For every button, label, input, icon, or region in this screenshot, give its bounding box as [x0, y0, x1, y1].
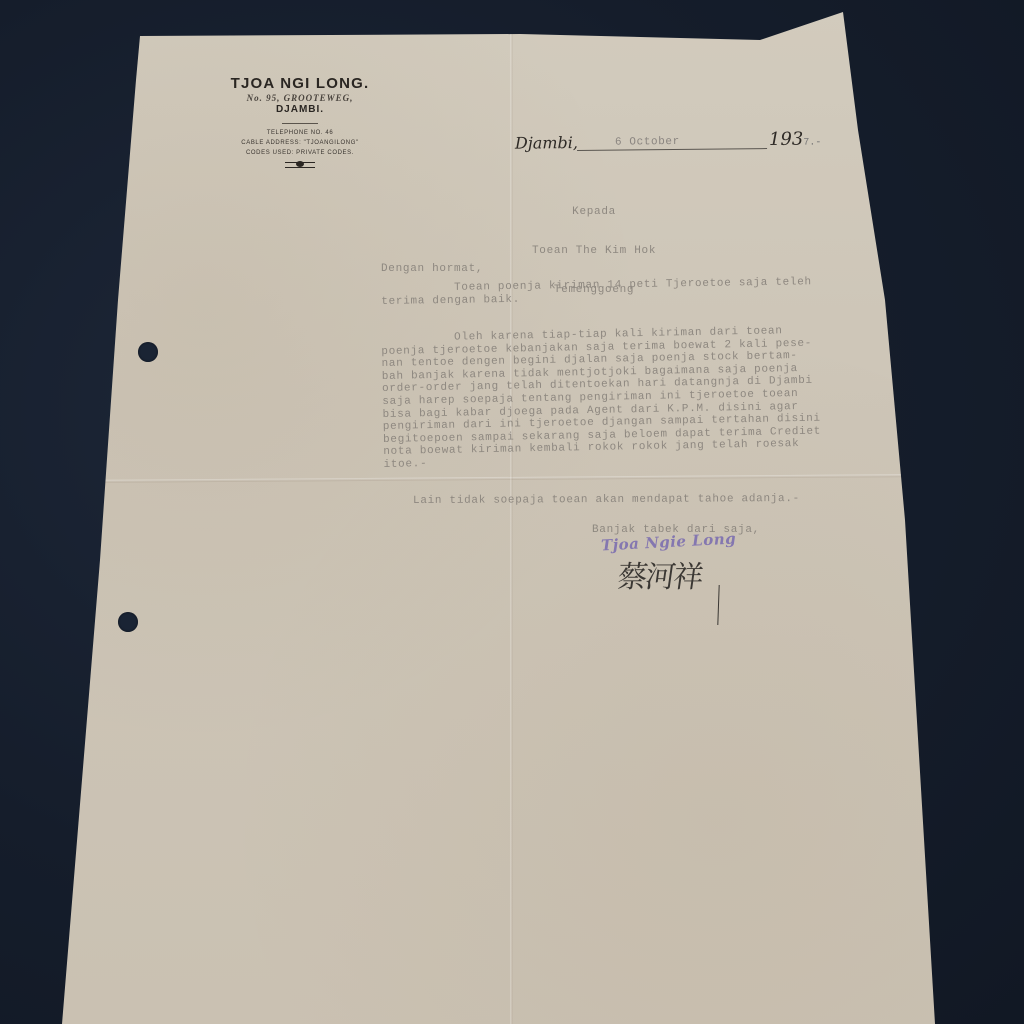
date-underline — [577, 148, 767, 151]
letter-paper — [0, 0, 1024, 1024]
company-name: TJOA NGI LONG. — [200, 75, 400, 92]
body-paragraph-2: Oleh karena tiap-tiap kali kiriman dari … — [381, 325, 822, 472]
date-day-month: 6 October — [615, 136, 680, 149]
closing-line: Lain tidak soepaja toean akan mendapat t… — [413, 493, 800, 507]
date-place: Djambi, — [515, 133, 578, 153]
handwritten-signature: 蔡河祥 — [615, 552, 705, 596]
codes-used-line: Codes Used: Private Codes. — [200, 148, 400, 158]
letterhead: TJOA NGI LONG. No. 95, GROOTEWEG, DJAMBI… — [200, 75, 400, 168]
punch-hole-bottom — [118, 612, 138, 632]
dateline: Djambi, 6 October 1937.- — [515, 130, 835, 155]
salutation: Dengan hormat, — [381, 263, 483, 275]
date-year-suffix: 7.- — [803, 137, 821, 148]
telephone-line: Telephone No. 46 — [200, 128, 400, 138]
date-year: 1937.- — [769, 128, 822, 150]
date-year-prefix: 193 — [769, 129, 804, 150]
horizontal-fold-line — [90, 474, 910, 483]
vertical-fold-line — [510, 30, 513, 1024]
addressee-line-2: Toean The Kim Hok — [532, 245, 656, 258]
company-address: No. 95, GROOTEWEG, — [200, 93, 400, 103]
addressee-line-1: Kepada — [532, 206, 656, 219]
punch-hole-top — [138, 342, 158, 362]
company-city: DJAMBI. — [200, 104, 400, 115]
letterhead-divider — [282, 123, 318, 124]
ornament-icon — [285, 162, 315, 168]
cable-address-line: Cable Address: "TJOANGILONG" — [200, 138, 400, 148]
